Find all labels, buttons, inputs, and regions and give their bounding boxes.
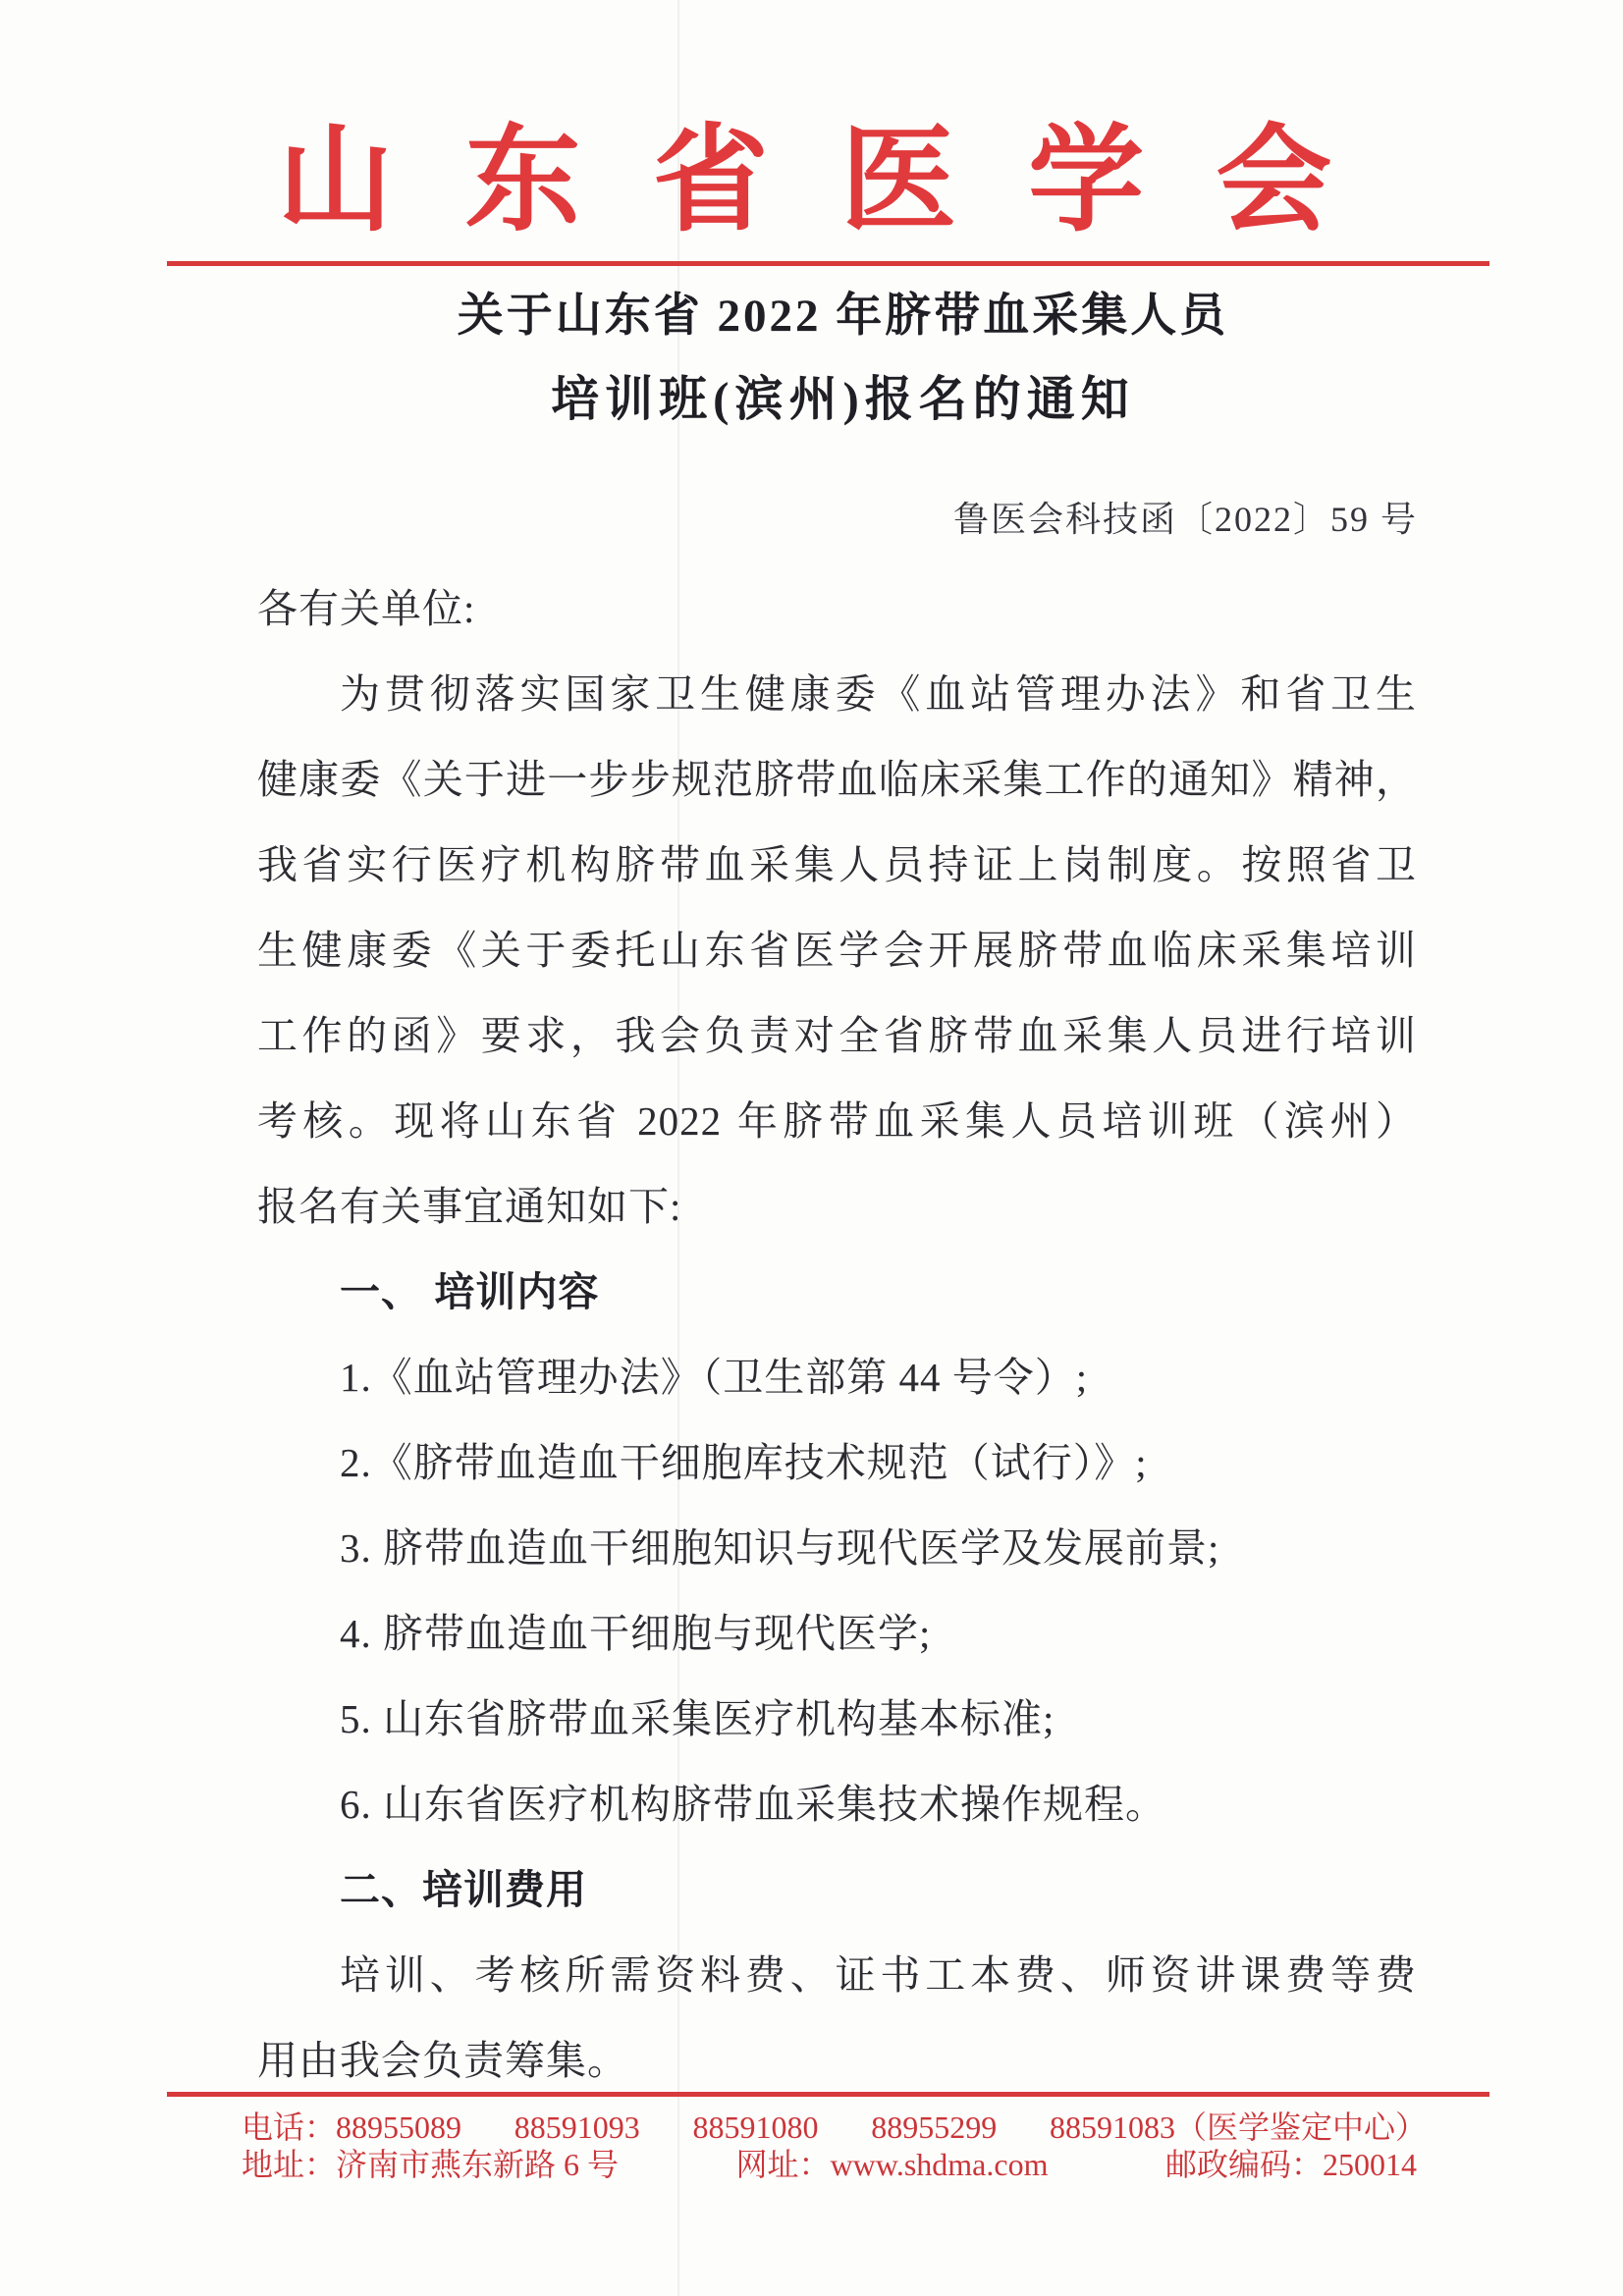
address-value: 济南市燕东新路 6 号 — [336, 2147, 619, 2182]
training-item-3: 3. 脐带血造血干细胞知识与现代医学及发展前景; — [257, 1506, 1417, 1591]
paragraph2-line-1: 培训、考核所需资料费、证书工本费、师资讲课费等费 — [257, 1933, 1417, 2018]
website-value: www.shdma.com — [831, 2147, 1049, 2182]
section1-heading: 一、 培训内容 — [257, 1250, 1417, 1335]
paragraph1-line-5: 工作的函》要求，我会负责对全省脐带血采集人员进行培训 — [257, 993, 1417, 1079]
phone-number-5: 88591083 — [1050, 2109, 1175, 2145]
training-item-1: 1.《血站管理办法》（卫生部第 44 号令）; — [257, 1335, 1417, 1420]
phone-note: （医学鉴定中心） — [1175, 2109, 1427, 2145]
training-item-6: 6. 山东省医疗机构脐带血采集技术操作规程。 — [257, 1762, 1417, 1847]
website-label: 网址： — [736, 2147, 831, 2182]
phone-number-1: 88955089 — [336, 2109, 461, 2145]
postcode-label: 邮政编码： — [1165, 2147, 1323, 2182]
postcode-value: 250014 — [1323, 2147, 1417, 2182]
phone-label: 电话： — [242, 2109, 336, 2145]
notice-body: 各有关单位: 为贯彻落实国家卫生健康委《血站管理办法》和省卫生 健康委《关于进一… — [257, 566, 1417, 2104]
footer-phone-line: 电话：88955089 88591093 88591080 88955299 8… — [242, 2108, 1427, 2147]
address-label: 地址： — [242, 2147, 336, 2182]
section2-heading: 二、培训费用 — [257, 1847, 1417, 1933]
notice-document-page: 山东省医学会 关于山东省 2022 年脐带血采集人员 培训班(滨州)报名的通知 … — [0, 0, 1623, 2296]
paragraph2-line-2: 用由我会负责筹集。 — [257, 2018, 1417, 2104]
paragraph1-line-2: 健康委《关于进一步步规范脐带血临床采集工作的通知》精神， — [257, 737, 1417, 823]
notice-title-line1: 关于山东省 2022 年脐带血采集人员 — [63, 290, 1623, 343]
footer-divider — [167, 2092, 1489, 2097]
footer-address: 地址：济南市燕东新路 6 号 — [242, 2145, 619, 2184]
document-number: 鲁医会科技函〔2022〕59 号 — [953, 492, 1418, 542]
phone-number-2: 88591093 — [514, 2108, 640, 2147]
paragraph1-line-3: 我省实行医疗机构脐带血采集人员持证上岗制度。按照省卫 — [257, 823, 1417, 908]
training-item-4: 4. 脐带血造血干细胞与现代医学; — [257, 1591, 1417, 1677]
header-divider — [167, 261, 1489, 266]
footer-address-line: 地址：济南市燕东新路 6 号 网址：www.shdma.com 邮政编码：250… — [242, 2145, 1417, 2184]
footer-postcode: 邮政编码：250014 — [1165, 2145, 1417, 2184]
footer-phone-group-1: 电话：88955089 — [242, 2108, 461, 2147]
paragraph1-line-1: 为贯彻落实国家卫生健康委《血站管理办法》和省卫生 — [257, 652, 1417, 737]
paragraph1-line-4: 生健康委《关于委托山东省医学会开展脐带血临床采集培训 — [257, 908, 1417, 993]
paragraph1-line-6: 考核。现将山东省 2022 年脐带血采集人员培训班（滨州） — [257, 1079, 1417, 1164]
footer-website: 网址：www.shdma.com — [736, 2145, 1049, 2184]
phone-number-4: 88955299 — [871, 2108, 997, 2147]
phone-number-3: 88591080 — [692, 2108, 818, 2147]
organization-title: 山东省医学会 — [0, 124, 1623, 240]
notice-title-line2: 培训班(滨州)报名的通知 — [63, 372, 1623, 427]
training-item-5: 5. 山东省脐带血采集医疗机构基本标准; — [257, 1677, 1417, 1762]
footer-phone-group-2: 88591083（医学鉴定中心） — [1050, 2108, 1427, 2147]
salutation: 各有关单位: — [257, 566, 1417, 652]
training-item-2: 2.《脐带血造血干细胞库技术规范（试行）》; — [257, 1420, 1417, 1506]
paragraph1-line-7: 报名有关事宜通知如下: — [257, 1164, 1417, 1250]
